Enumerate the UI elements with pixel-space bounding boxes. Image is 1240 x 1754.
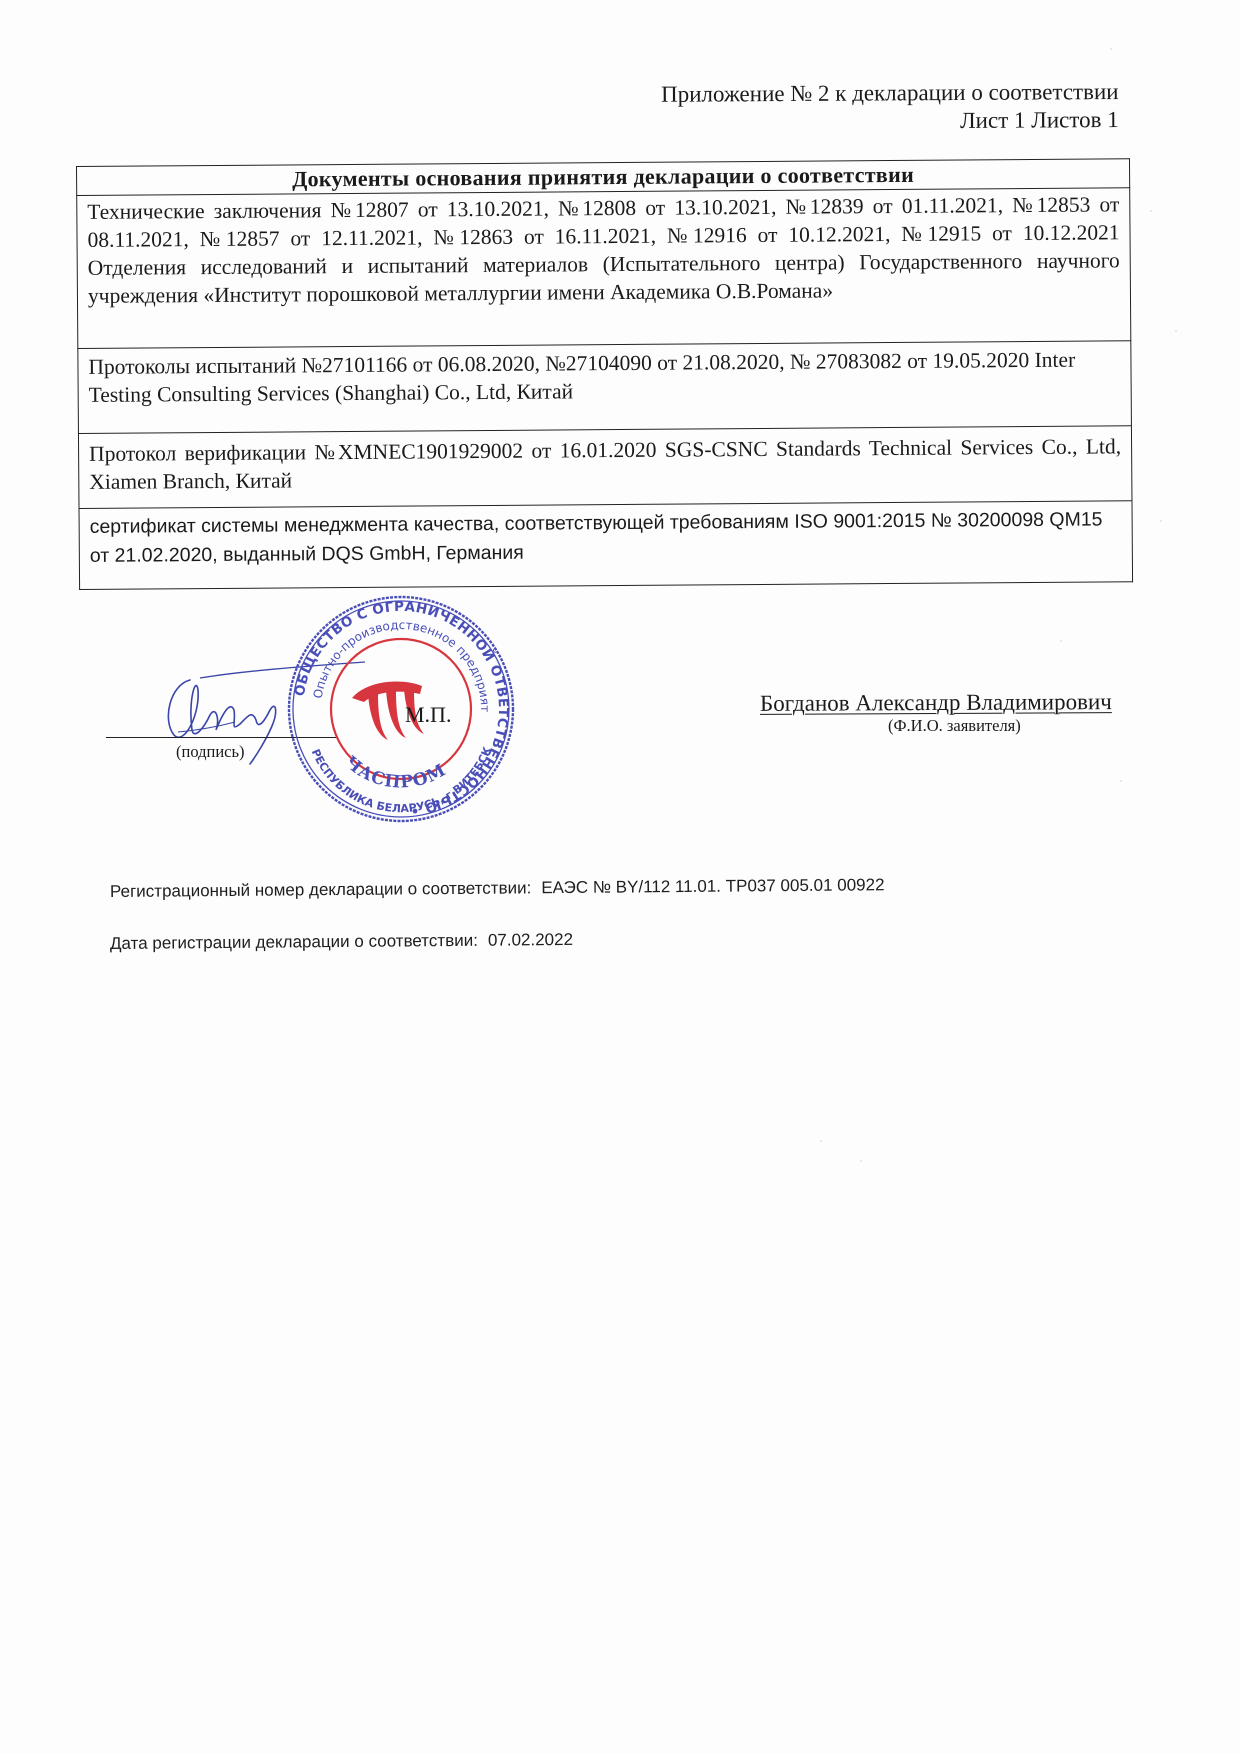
scan-noise xyxy=(820,1140,822,1142)
document-page: Приложение № 2 к декларации о соответств… xyxy=(0,0,1240,1754)
scan-noise xyxy=(1175,330,1177,332)
registration-number-value: ЕАЭС № BY/112 11.01. ТР037 005.01 00922 xyxy=(541,875,884,897)
sheet-info: Лист 1 Листов 1 xyxy=(661,106,1119,137)
applicant-name: Богданов Александр Владимирович xyxy=(760,689,1112,717)
test-protocols-cell: Протоколы испытаний №27101166 от 06.08.2… xyxy=(78,341,1132,434)
company-seal-stamp: ОБЩЕСТВО С ОГРАНИЧЕННОЙ ОТВЕТСТВЕННОСТЬЮ… xyxy=(282,590,520,828)
appendix-header: Приложение № 2 к декларации о соответств… xyxy=(661,78,1119,137)
registration-date-label: Дата регистрации декларации о соответств… xyxy=(110,931,478,953)
technical-conclusions-cell: Технические заключения №12807 от 13.10.2… xyxy=(77,188,1131,349)
scan-noise xyxy=(1120,780,1122,782)
registration-number-line: Регистрационный номер декларации о соотв… xyxy=(110,875,885,902)
quality-certificate-cell: сертификат системы менеджмента качества,… xyxy=(79,501,1133,590)
table-row: Протокол верификации №XMNEC1901929002 от… xyxy=(78,426,1132,509)
scan-noise xyxy=(1060,640,1062,642)
signature-caption: (подпись) xyxy=(176,742,245,762)
table-row: сертификат системы менеджмента качества,… xyxy=(79,501,1133,590)
svg-text:ЧАСПРОМ: ЧАСПРОМ xyxy=(341,752,450,792)
registration-date-value: 07.02.2022 xyxy=(488,930,573,950)
stamp-company-name: ЧАСПРОМ xyxy=(341,752,450,792)
scan-noise xyxy=(1150,210,1152,212)
verification-protocol-cell: Протокол верификации №XMNEC1901929002 от… xyxy=(78,426,1132,509)
scan-noise xyxy=(1160,520,1162,522)
scan-noise xyxy=(1110,48,1112,50)
registration-date-line: Дата регистрации декларации о соответств… xyxy=(110,930,573,954)
table-row: Технические заключения №12807 от 13.10.2… xyxy=(77,188,1131,349)
seal-placeholder-label: М.П. xyxy=(405,702,451,728)
appendix-title: Приложение № 2 к декларации о соответств… xyxy=(661,78,1119,109)
registration-number-label: Регистрационный номер декларации о соотв… xyxy=(110,878,531,901)
basis-documents-table: Документы основания принятия декларации … xyxy=(76,158,1133,590)
scan-noise xyxy=(860,1160,862,1162)
table-row: Протоколы испытаний №27101166 от 06.08.2… xyxy=(78,341,1132,434)
applicant-caption: (Ф.И.О. заявителя) xyxy=(888,716,1021,736)
